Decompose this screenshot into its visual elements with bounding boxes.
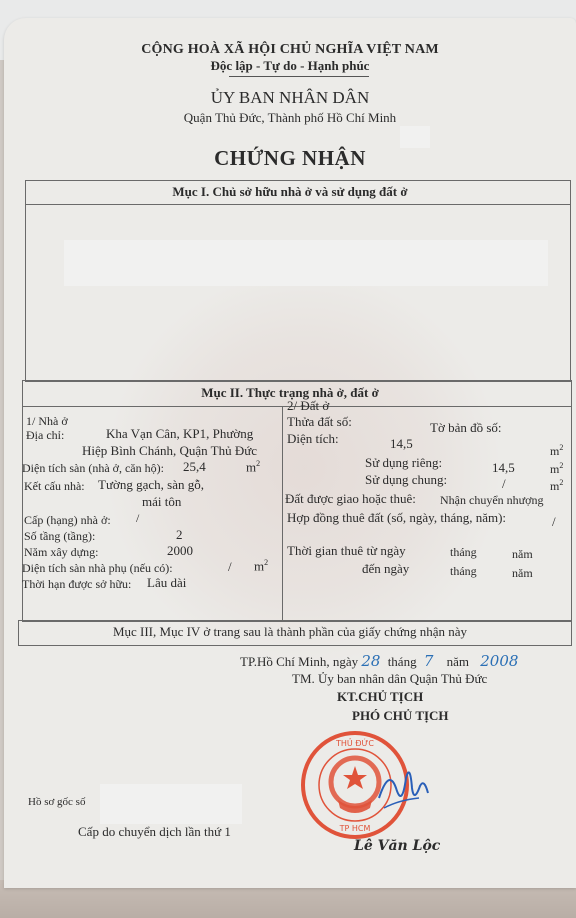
allocation-label: Đất được giao hoặc thuê:	[285, 491, 416, 507]
svg-text:TP HCM: TP HCM	[339, 824, 371, 833]
lease-contract-value: /	[552, 514, 556, 530]
lease-to-label: đến ngày	[362, 561, 409, 577]
grade-value: /	[136, 511, 139, 526]
private-use-unit: m2	[550, 461, 563, 477]
section34-note: Mục III, Mục IV ở trang sau là thành phầ…	[4, 624, 576, 640]
lease-to-month-label: tháng	[450, 564, 477, 579]
aux-area-label: Diện tích sàn nhà phụ (nếu có):	[22, 561, 173, 576]
day-handwritten: 28	[361, 652, 380, 670]
redacted-owner-info	[64, 240, 548, 286]
floors-label: Số tầng (tầng):	[24, 529, 95, 544]
svg-text:THỦ ĐỨC: THỦ ĐỨC	[335, 737, 374, 748]
private-use-label: Sử dụng riêng:	[365, 455, 442, 471]
ownership-term-value: Lâu dài	[147, 575, 186, 591]
address-line1: Kha Vạn Cân, KP1, Phường	[106, 426, 253, 442]
address-line2: Hiệp Bình Chánh, Quận Thủ Đức	[82, 443, 257, 459]
role-chairman: KT.CHỦ TỊCH	[337, 689, 423, 705]
aux-area-unit: m2	[254, 558, 268, 574]
section1-title: Mục I. Chủ sở hữu nhà ở và sử dụng đất ở	[4, 184, 576, 200]
place-date-line: TP.Hồ Chí Minh, ngày 28 tháng 7 năm 2008	[240, 652, 518, 670]
structure-label: Kết cấu nhà:	[24, 479, 85, 494]
authority-name: ỦY BAN NHÂN DÂN	[4, 88, 576, 108]
structure-line1: Tường gạch, sàn gỗ,	[98, 477, 204, 493]
private-use-value: 14,5	[492, 460, 515, 476]
land-area-label: Diện tích:	[287, 431, 339, 447]
lease-from-label: Thời gian thuê từ ngày	[287, 543, 406, 559]
national-motto: Độc lập - Tự do - Hạnh phúc	[4, 58, 576, 74]
motto-underline	[229, 76, 369, 77]
allocation-value: Nhận chuyển nhượng	[440, 493, 544, 508]
land-area-unit: m2	[550, 443, 563, 459]
certificate-page: CỘNG HOÀ XÃ HỘI CHỦ NGHĨA VIỆT NAM Độc l…	[4, 18, 576, 888]
aux-area-value: /	[228, 559, 232, 575]
month-handwritten: 7	[424, 652, 434, 670]
year-built-label: Năm xây dựng:	[24, 545, 99, 560]
signer-name: Lê Văn Lộc	[354, 838, 440, 854]
issuance-note: Cấp do chuyển dịch lần thứ 1	[78, 824, 231, 840]
lease-from-month-label: tháng	[450, 545, 477, 560]
grade-label: Cấp (hạng) nhà ở:	[24, 513, 111, 528]
shared-use-label: Sử dụng chung:	[365, 472, 447, 488]
lease-from-year-label: năm	[512, 547, 533, 562]
lease-contract-label: Hợp đồng thuê đất (số, ngày, tháng, năm)…	[287, 510, 506, 526]
floor-area-unit: m2	[246, 459, 260, 475]
dossier-label: Hồ sơ gốc số	[28, 796, 85, 808]
floor-area-value: 25,4	[183, 459, 206, 475]
district-name: Quận Thủ Đức, Thành phố Hồ Chí Minh	[4, 110, 576, 126]
document-title: CHỨNG NHẬN	[4, 146, 576, 171]
map-sheet-label: Tờ bản đồ số:	[430, 420, 502, 436]
redacted-block	[400, 126, 430, 148]
section2-column-divider	[282, 406, 283, 620]
parcel-label: Thửa đất số:	[287, 414, 352, 430]
floors-value: 2	[176, 527, 183, 543]
ownership-term-label: Thời hạn được sở hữu:	[22, 577, 131, 592]
section1-divider	[25, 204, 570, 205]
year-built-value: 2000	[167, 543, 193, 559]
floor-area-label: Diện tích sàn (nhà ở, căn hộ):	[22, 461, 164, 476]
land-area-value: 14,5	[390, 436, 413, 452]
house-heading: 1/ Nhà ở	[26, 414, 68, 429]
national-title: CỘNG HOÀ XÃ HỘI CHỦ NGHĨA VIỆT NAM	[4, 42, 576, 58]
structure-line2: mái tôn	[142, 494, 181, 510]
year-handwritten: 2008	[480, 652, 518, 670]
role-vice-chairman: PHÓ CHỦ TỊCH	[352, 708, 449, 724]
lease-to-year-label: năm	[512, 566, 533, 581]
address-label: Địa chỉ:	[26, 428, 64, 443]
redacted-dossier-number	[100, 784, 242, 824]
shared-use-unit: m2	[550, 478, 563, 494]
shared-use-value: /	[502, 476, 506, 492]
signature-scribble	[374, 758, 434, 818]
on-behalf-line: TM. Ủy ban nhân dân Quận Thủ Đức	[292, 671, 487, 687]
land-heading: 2/ Đất ở	[287, 398, 329, 414]
